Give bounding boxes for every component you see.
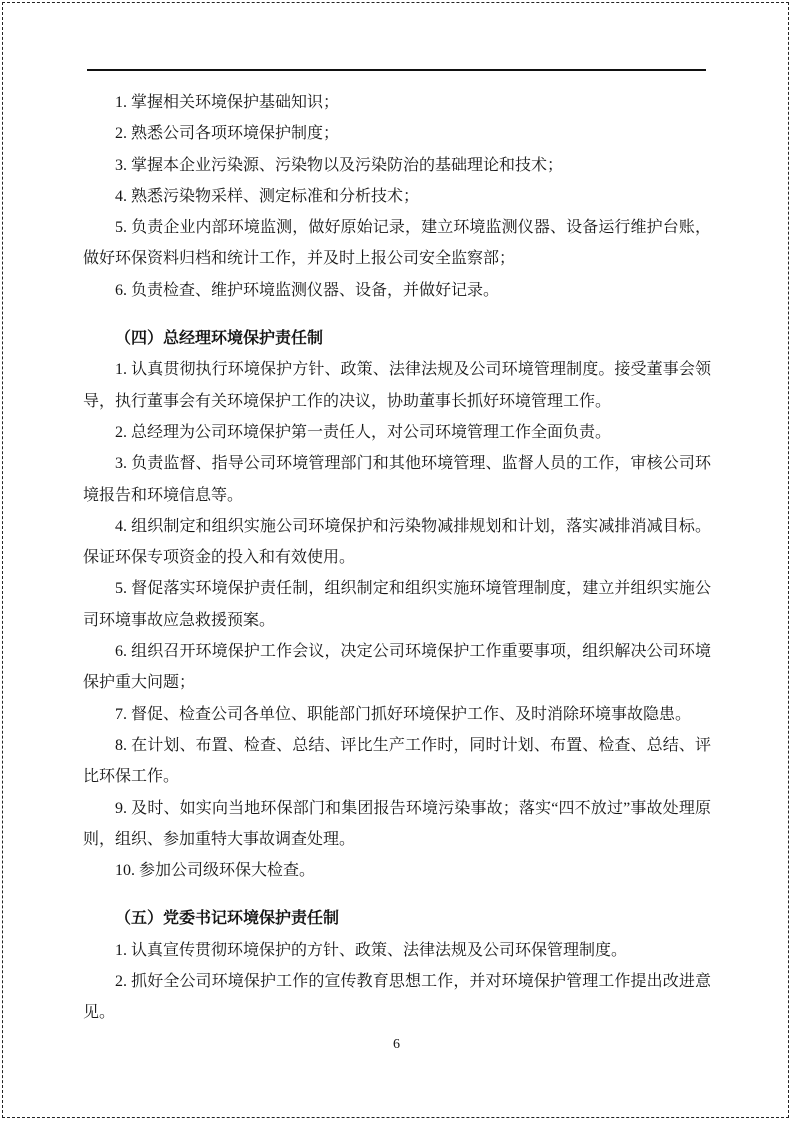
list-item: 1. 认真宣传贯彻环境保护的方针、政策、法律法规及公司环保管理制度。 <box>83 935 711 966</box>
list-item: 5. 督促落实环境保护责任制，组织制定和组织实施环境管理制度，建立并组织实施公司… <box>83 573 711 636</box>
section-heading: （四）总经理环境保护责任制 <box>83 323 711 354</box>
list-item: 6. 负责检查、维护环境监测仪器、设备，并做好记录。 <box>83 275 711 306</box>
list-item: 1. 掌握相关环境保护基础知识； <box>83 87 711 118</box>
list-item: 8. 在计划、布置、检查、总结、评比生产工作时，同时计划、布置、检查、总结、评比… <box>83 730 711 793</box>
list-item: 3. 负责监督、指导公司环境管理部门和其他环境管理、监督人员的工作，审核公司环境… <box>83 448 711 511</box>
header-divider <box>87 69 706 71</box>
document-content: 1. 掌握相关环境保护基础知识； 2. 熟悉公司各项环境保护制度； 3. 掌握本… <box>83 87 711 1029</box>
list-item: 2. 抓好全公司环境保护工作的宣传教育思想工作，并对环境保护管理工作提出改进意见… <box>83 966 711 1029</box>
list-item: 4. 组织制定和组织实施公司环境保护和污染物减排规划和计划，落实减排消减目标。保… <box>83 511 711 574</box>
list-item: 10. 参加公司级环保大检查。 <box>83 855 711 886</box>
list-item: 2. 总经理为公司环境保护第一责任人，对公司环境管理工作全面负责。 <box>83 417 711 448</box>
list-item: 3. 掌握本企业污染源、污染物以及污染防治的基础理论和技术； <box>83 150 711 181</box>
list-item: 6. 组织召开环境保护工作会议，决定公司环境保护工作重要事项，组织解决公司环境保… <box>83 636 711 699</box>
list-item: 1. 认真贯彻执行环境保护方针、政策、法律法规及公司环境管理制度。接受董事会领导… <box>83 354 711 417</box>
section-heading: （五）党委书记环境保护责任制 <box>83 903 711 934</box>
list-item: 4. 熟悉污染物采样、测定标准和分析技术； <box>83 181 711 212</box>
list-item: 5. 负责企业内部环境监测，做好原始记录，建立环境监测仪器、设备运行维护台账，做… <box>83 212 711 275</box>
list-item: 7. 督促、检查公司各单位、职能部门抓好环境保护工作、及时消除环境事故隐患。 <box>83 699 711 730</box>
page-number: 6 <box>0 1036 793 1054</box>
list-item: 2. 熟悉公司各项环境保护制度； <box>83 118 711 149</box>
document-page: 1. 掌握相关环境保护基础知识； 2. 熟悉公司各项环境保护制度； 3. 掌握本… <box>0 0 793 1122</box>
list-item: 9. 及时、如实向当地环保部门和集团报告环境污染事故；落实“四不放过”事故处理原… <box>83 793 711 856</box>
